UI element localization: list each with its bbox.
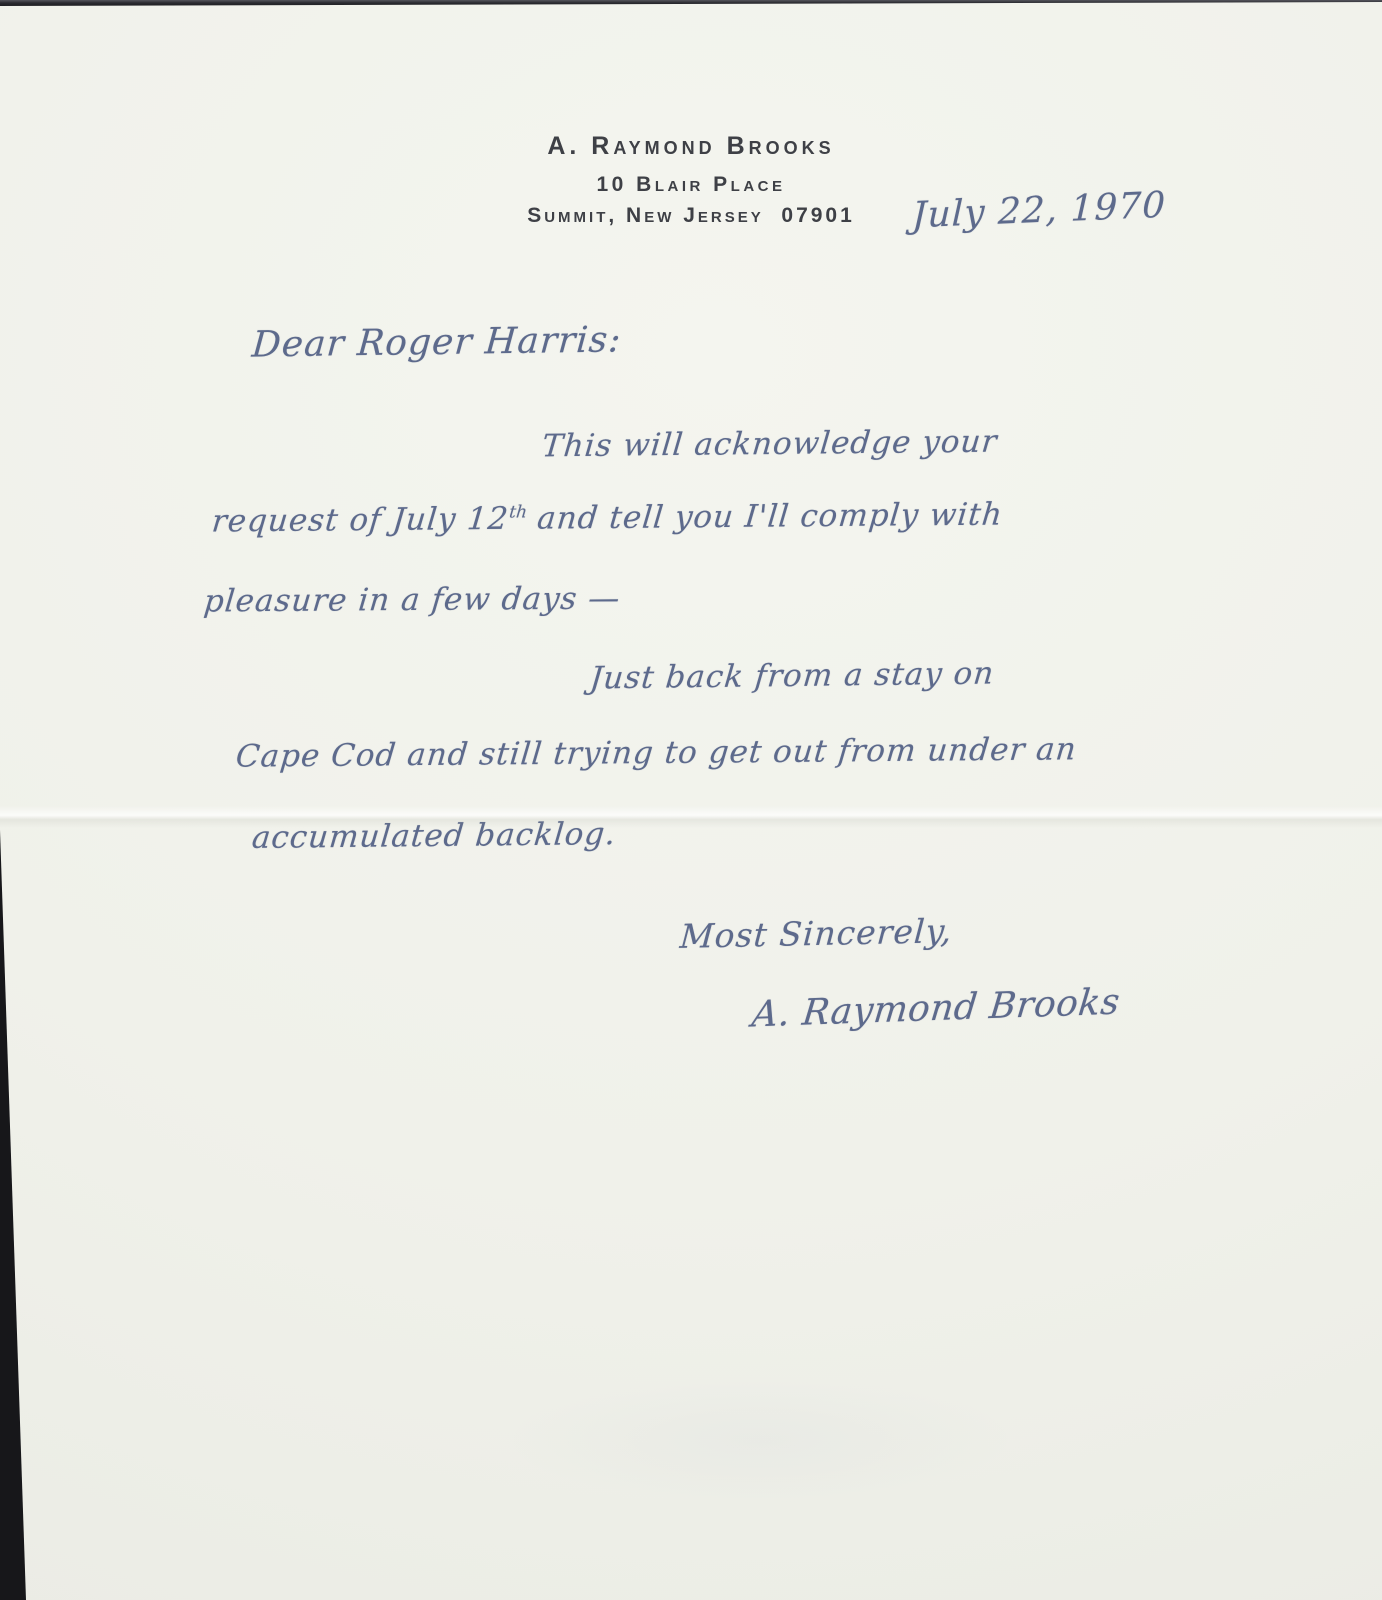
body-line-5: Cape Cod and still trying to get out fro… xyxy=(234,731,1078,774)
body-line-3: pleasure in a few days — xyxy=(202,581,622,620)
closing-valediction: Most Sincerely, xyxy=(679,911,954,956)
body-line-2-text-cont: and tell you I'll comply with xyxy=(525,497,1005,537)
body-line-6: accumulated backlog. xyxy=(250,816,618,856)
body-line-2-text: request of July 12 xyxy=(210,501,510,540)
body-line-2: request of July 12th and tell you I'll c… xyxy=(210,497,1004,540)
paper-fold-crease xyxy=(0,806,1382,828)
letter-paper: A. Raymond Brooks 10 Blair Place Summit,… xyxy=(0,0,1382,1600)
ink-show-through xyxy=(480,1360,1040,1520)
letterhead-name: A. Raymond Brooks xyxy=(0,132,1382,161)
letterhead: A. Raymond Brooks 10 Blair Place Summit,… xyxy=(0,132,1382,228)
body-line-1: This will acknowledge your xyxy=(540,424,999,465)
photo-background: A. Raymond Brooks 10 Blair Place Summit,… xyxy=(0,0,1382,1600)
letterhead-address-line1: 10 Blair Place xyxy=(0,173,1382,197)
signature: A. Raymond Brooks xyxy=(750,981,1122,1035)
letterhead-address-line2: Summit, New Jersey 07901 xyxy=(0,204,1382,228)
salutation: Dear Roger Harris: xyxy=(251,319,623,365)
body-line-4: Just back from a stay on xyxy=(588,656,996,697)
